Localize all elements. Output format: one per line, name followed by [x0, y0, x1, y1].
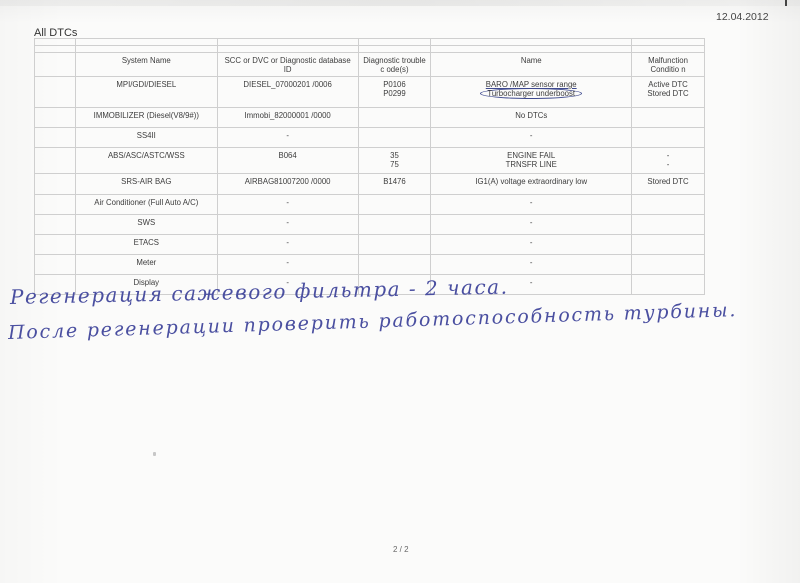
system-name-cell: IMMOBILIZER (Diesel(V8/9#)) [75, 108, 217, 128]
dtc-name-cell: - [431, 215, 632, 235]
trouble-code-cell: P0106P0299 [358, 77, 431, 108]
dtc-name-cell: - [431, 128, 632, 148]
trouble-code-cell-line: P0106 [361, 80, 429, 89]
malfunction-condition-cell: Active DTCStored DTC [632, 77, 705, 108]
column-header-system-name: System Name [75, 53, 217, 77]
system-name-cell: SWS [75, 215, 217, 235]
dtc-name-cell-line: - [433, 218, 629, 227]
malfunction-condition-cell [632, 215, 705, 235]
system-name-cell: ABS/ASC/ASTC/WSS [75, 148, 217, 174]
malfunction-condition-cell [632, 255, 705, 275]
dtc-name-cell-line: ENGINE FAIL [433, 151, 629, 160]
trouble-code-cell [358, 235, 431, 255]
dtc-name-cell: IG1(A) voltage extraordinary low [431, 174, 632, 195]
trouble-code-cell [358, 128, 431, 148]
table-row: Meter-- [35, 255, 705, 275]
row-blank-cell [35, 108, 76, 128]
dtc-name-cell-text: No DTCs [515, 111, 547, 120]
dtc-name-cell-line: - [433, 198, 629, 207]
dtc-name-cell-line: - [433, 238, 629, 247]
trouble-code-cell-line: 75 [361, 160, 429, 169]
malfunction-condition-cell: -- [632, 148, 705, 174]
malfunction-condition-cell [632, 128, 705, 148]
database-id-cell: - [217, 235, 358, 255]
trouble-code-cell [358, 255, 431, 275]
malfunction-condition-cell-line: Active DTC [634, 80, 702, 89]
dtc-name-cell-line: TRNSFR LINE [433, 160, 629, 169]
dtc-table: System Name SCC or DVC or Diagnostic dat… [34, 38, 705, 295]
dtc-name-cell-line: No DTCs [433, 111, 629, 120]
column-header-trouble-codes: Diagnostic trouble c ode(s) [358, 53, 431, 77]
table-row: SWS-- [35, 215, 705, 235]
malfunction-condition-cell: Stored DTC [632, 174, 705, 195]
table-row: Air Conditioner (Full Auto A/C)-- [35, 195, 705, 215]
malfunction-condition-cell-text: Stored DTC [647, 89, 688, 98]
dtc-name-cell-text: - [530, 198, 533, 207]
database-id-cell: B064 [217, 148, 358, 174]
column-header-name: Name [431, 53, 632, 77]
table-row: ETACS-- [35, 235, 705, 255]
system-name-cell: SS4II [75, 128, 217, 148]
row-blank-cell [35, 77, 76, 108]
trouble-code-cell-line: 35 [361, 151, 429, 160]
malfunction-condition-cell [632, 235, 705, 255]
dtc-name-cell-line: IG1(A) voltage extraordinary low [433, 177, 629, 186]
trouble-code-cell: 3575 [358, 148, 431, 174]
column-header-database-id: SCC or DVC or Diagnostic database ID [217, 53, 358, 77]
dtc-name-cell-text: - [530, 218, 533, 227]
row-blank-cell [35, 255, 76, 275]
system-name-cell: SRS-AIR BAG [75, 174, 217, 195]
dtc-name-cell: - [431, 195, 632, 215]
system-name-cell: ETACS [75, 235, 217, 255]
trouble-code-cell [358, 195, 431, 215]
trouble-code-cell-text: B1476 [383, 177, 406, 186]
dtc-name-cell-text: - [530, 278, 533, 287]
table-row: ABS/ASC/ASTC/WSSB0643575ENGINE FAILTRNSF… [35, 148, 705, 174]
database-id-cell: AIRBAG81007200 /0000 [217, 174, 358, 195]
malfunction-condition-cell-text: - [667, 151, 670, 160]
header-stripe [35, 46, 705, 53]
malfunction-condition-cell-line: - [634, 160, 702, 169]
system-name-cell: MPI/GDI/DIESEL [75, 77, 217, 108]
dtc-name-cell: - [431, 255, 632, 275]
column-header-blank [35, 53, 76, 77]
malfunction-condition-cell [632, 275, 705, 295]
malfunction-condition-cell-text: - [667, 160, 670, 169]
dtc-name-cell-line: Turbocharger underboost [433, 89, 629, 99]
circled-dtc-name: Turbocharger underboost [480, 88, 582, 99]
table-row: MPI/GDI/DIESELDIESEL_07000201 /0006P0106… [35, 77, 705, 108]
row-blank-cell [35, 148, 76, 174]
malfunction-condition-cell-text: Active DTC [648, 80, 687, 89]
malfunction-condition-cell-line: Stored DTC [634, 89, 702, 98]
trouble-code-cell-line: P0299 [361, 89, 429, 98]
malfunction-condition-cell [632, 108, 705, 128]
dtc-name-cell-text: - [530, 131, 533, 140]
malfunction-condition-cell-line: Stored DTC [634, 177, 702, 186]
database-id-cell: - [217, 195, 358, 215]
database-id-cell: Immobi_82000001 /0000 [217, 108, 358, 128]
table-row: SRS-AIR BAGAIRBAG81007200 /0000B1476IG1(… [35, 174, 705, 195]
scan-speck [153, 452, 156, 456]
scan-edge [0, 0, 800, 6]
database-id-cell: - [217, 128, 358, 148]
staple-mark [785, 0, 787, 6]
dtc-name-cell: BARO /MAP sensor rangeTurbocharger under… [431, 77, 632, 108]
trouble-code-cell-line: B1476 [361, 177, 429, 186]
trouble-code-cell-text: P0106 [383, 80, 406, 89]
header-stripe [35, 39, 705, 46]
dtc-name-cell-text: - [530, 238, 533, 247]
system-name-cell: Air Conditioner (Full Auto A/C) [75, 195, 217, 215]
database-id-cell: DIESEL_07000201 /0006 [217, 77, 358, 108]
malfunction-condition-cell [632, 195, 705, 215]
dtc-name-cell-text: TRNSFR LINE [506, 160, 557, 169]
trouble-code-cell-text: P0299 [383, 89, 406, 98]
database-id-cell: - [217, 255, 358, 275]
dtc-name-cell-text: IG1(A) voltage extraordinary low [475, 177, 587, 186]
trouble-code-cell-text: 75 [390, 160, 399, 169]
row-blank-cell [35, 215, 76, 235]
dtc-name-cell: No DTCs [431, 108, 632, 128]
dtc-name-cell-line: - [433, 131, 629, 140]
trouble-code-cell-text: 35 [390, 151, 399, 160]
malfunction-condition-cell-line: - [634, 151, 702, 160]
system-name-cell: Meter [75, 255, 217, 275]
dtc-name-cell-line: - [433, 258, 629, 267]
row-blank-cell [35, 235, 76, 255]
malfunction-condition-cell-text: Stored DTC [647, 177, 688, 186]
dtc-name-cell-text: ENGINE FAIL [507, 151, 555, 160]
row-blank-cell [35, 128, 76, 148]
document-date: 12.04.2012 [716, 11, 769, 23]
trouble-code-cell [358, 108, 431, 128]
table-header-row: System Name SCC or DVC or Diagnostic dat… [35, 53, 705, 77]
database-id-cell: - [217, 215, 358, 235]
trouble-code-cell: B1476 [358, 174, 431, 195]
table-row: SS4II-- [35, 128, 705, 148]
page-number: 2 / 2 [393, 545, 409, 554]
table-row: IMMOBILIZER (Diesel(V8/9#))Immobi_820000… [35, 108, 705, 128]
row-blank-cell [35, 195, 76, 215]
dtc-name-cell-text: - [530, 258, 533, 267]
dtc-name-cell: ENGINE FAILTRNSFR LINE [431, 148, 632, 174]
trouble-code-cell [358, 215, 431, 235]
row-blank-cell [35, 174, 76, 195]
dtc-name-cell: - [431, 235, 632, 255]
column-header-malfunction-condition: Malfunction Conditio n [632, 53, 705, 77]
